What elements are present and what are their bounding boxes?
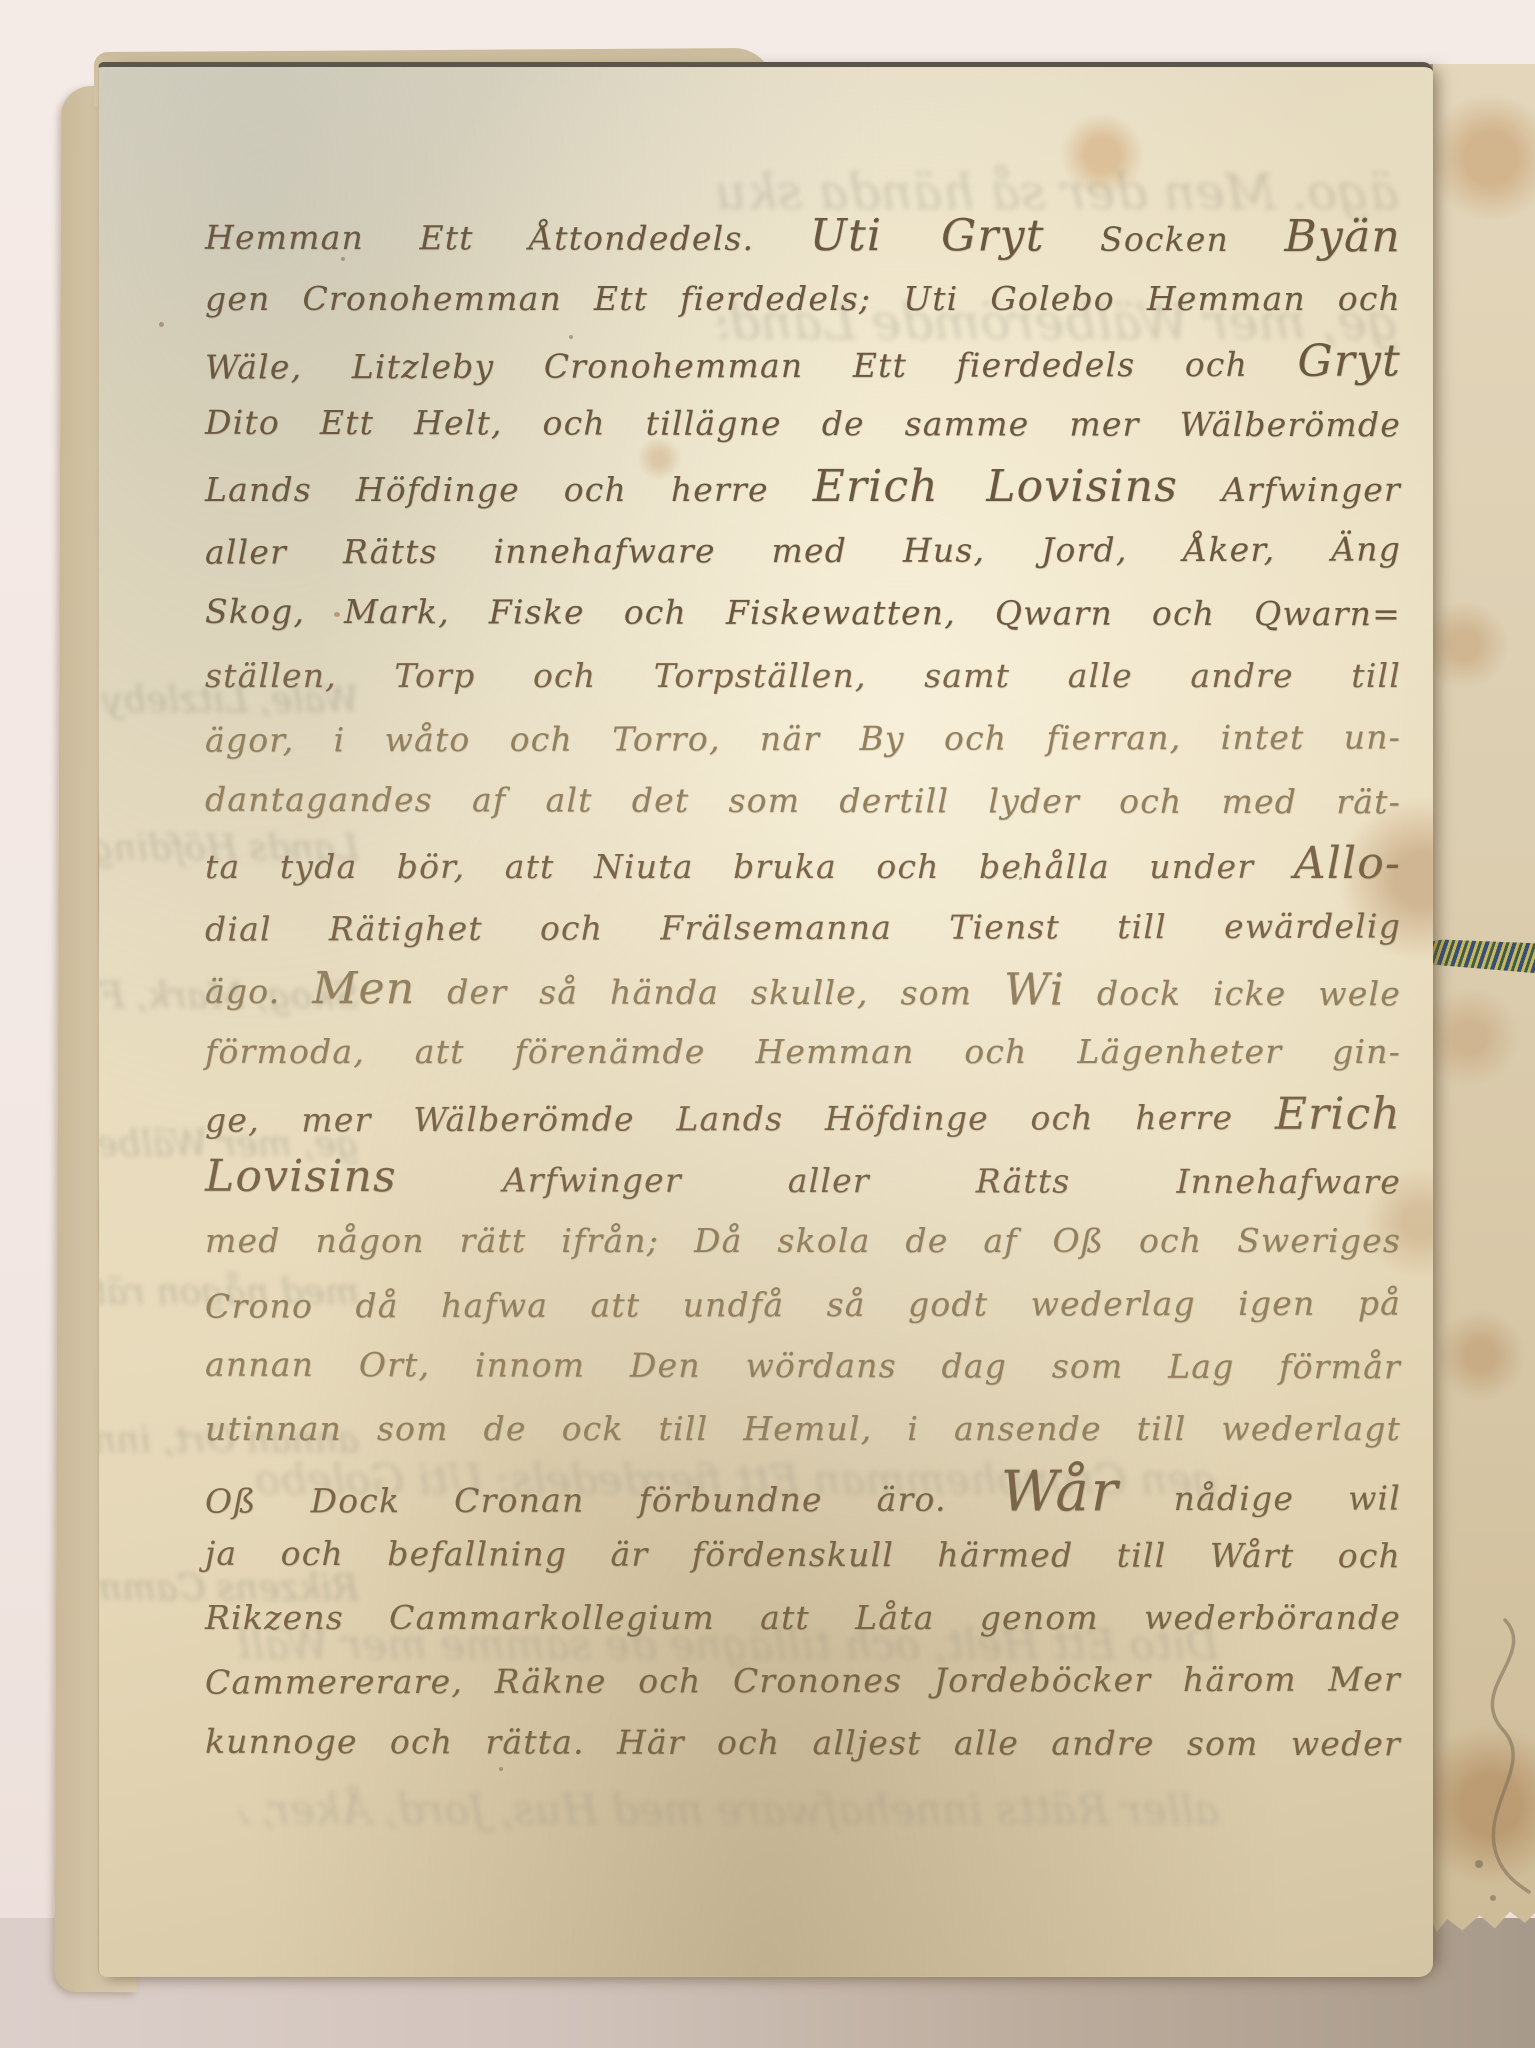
text-segment: med någon rätt ifrån; Då skola de af Oß … bbox=[205, 1221, 1401, 1260]
text-segment: Arfwinger bbox=[1178, 470, 1401, 509]
text-segment: Rikzens Cammarkollegium att Låta genom w… bbox=[205, 1598, 1401, 1637]
text-segment: dial Rätighet och Frälsemanna Tienst til… bbox=[205, 906, 1401, 948]
text-segment: Arfwinger aller Rätts Innehafware bbox=[397, 1160, 1401, 1201]
text-segment: Skog, Mark, Fiske och Fiskewatten, Qwarn… bbox=[205, 592, 1401, 634]
text-segment: förmoda, att förenämde Hemman och Lägenh… bbox=[205, 1032, 1401, 1071]
text-line: Lovisins Arfwinger aller Rätts Innehafwa… bbox=[205, 1146, 1401, 1211]
manuscript-text: Hemman Ett Åttondedels. Uti Gryt Socken … bbox=[205, 205, 1401, 1775]
text-line: ägor, i wåto och Torro, när By och fierr… bbox=[205, 707, 1401, 773]
text-segment: Lands Höfdinge och herre bbox=[205, 470, 813, 509]
text-line: med någon rätt ifrån; Då skola de af Oß … bbox=[205, 1210, 1401, 1273]
text-line: ja och befallning är fördenskull härmed … bbox=[205, 1522, 1401, 1587]
text-line: aller Rätts innehafware med Hus, Jord, Å… bbox=[205, 518, 1401, 584]
text-segment: Wäle, Litzleby Cronohemman Ett fierdedel… bbox=[205, 344, 1298, 386]
text-line: dial Rätighet och Frälsemanna Tienst til… bbox=[205, 895, 1401, 961]
text-segment: Socken bbox=[1045, 220, 1285, 260]
text-line: Hemman Ett Åttondedels. Uti Gryt Socken … bbox=[205, 204, 1401, 269]
text-segment: Dito Ett Helt, och tillägne de samme mer… bbox=[205, 403, 1401, 445]
text-line: ägo. Men der så hända skulle, som Wi doc… bbox=[205, 957, 1401, 1022]
text-line: förmoda, att förenämde Hemman och Lägenh… bbox=[205, 1021, 1401, 1084]
text-segment: Cammererare, Räkne och Cronones Jordeböc… bbox=[205, 1660, 1401, 1702]
text-segment: dantagandes af alt det som dertill lyder… bbox=[205, 780, 1401, 822]
scan-background: Wäle, Litzleby Cronohemman Ett fierdedel… bbox=[0, 0, 1535, 2048]
text-segment: kunnoge och rätta. Här och alljest alle … bbox=[205, 1722, 1401, 1764]
text-segment: Allo- bbox=[1294, 838, 1401, 889]
text-segment: ta tyda bör, att Niuta bruka och behålla… bbox=[205, 847, 1294, 886]
text-line: ställen, Torp och Torpställen, samt alle… bbox=[205, 645, 1401, 708]
text-segment: Oß Dock Cronan förbundne äro. bbox=[205, 1479, 1001, 1520]
text-line: Lands Höfdinge och herre Erich Lovisins … bbox=[205, 456, 1401, 519]
text-segment: Erich bbox=[1275, 1089, 1401, 1140]
text-segment: ge, mer Wälberömde Lands Höfdinge och he… bbox=[205, 1098, 1275, 1140]
text-line: annan Ort, innom Den wördans dag som Lag… bbox=[205, 1334, 1401, 1399]
text-segment: Lovisins bbox=[205, 1151, 397, 1202]
text-segment: Erich Lovisins bbox=[813, 461, 1178, 512]
text-line: Dito Ett Helt, och tillägne de samme mer… bbox=[205, 392, 1401, 457]
text-segment: der så hända skulle, som bbox=[415, 972, 1004, 1012]
text-segment: Gryt bbox=[1297, 335, 1401, 386]
text-segment: Uti Gryt bbox=[810, 210, 1045, 261]
text-segment: ställen, Torp och Torpställen, samt alle… bbox=[205, 656, 1401, 695]
text-line: ta tyda bör, att Niuta bruka och behålla… bbox=[205, 833, 1401, 896]
text-segment: ja och befallning är fördenskull härmed … bbox=[205, 1533, 1401, 1575]
text-segment: Men bbox=[312, 963, 415, 1014]
text-segment: gen Cronohemman Ett fierdedels; Uti Gole… bbox=[205, 279, 1401, 318]
ink-flourish bbox=[1459, 1612, 1535, 1912]
next-page-edge bbox=[1430, 64, 1535, 1936]
text-segment: annan Ort, innom Den wördans dag som Lag… bbox=[205, 1345, 1401, 1387]
text-line: Rikzens Cammarkollegium att Låta genom w… bbox=[205, 1587, 1401, 1650]
text-segment: Byän bbox=[1284, 211, 1401, 262]
text-line: kunnoge och rätta. Här och alljest alle … bbox=[205, 1711, 1401, 1776]
text-segment: utinnan som de ock till Hemul, i ansende… bbox=[205, 1409, 1401, 1448]
manuscript-page: Wäle, Litzleby Cronohemman Ett fierdedel… bbox=[98, 62, 1433, 1977]
text-line: Wäle, Litzleby Cronohemman Ett fierdedel… bbox=[205, 330, 1401, 396]
text-segment: nådige wil bbox=[1120, 1478, 1402, 1518]
text-segment: dock icke wele bbox=[1065, 973, 1401, 1013]
text-line: gen Cronohemman Ett fierdedels; Uti Gole… bbox=[205, 268, 1401, 331]
text-segment: Crono då hafwa att undfå så godt wederla… bbox=[205, 1283, 1401, 1325]
text-line: Oß Dock Cronan förbundne äro. Wår nådige… bbox=[205, 1460, 1401, 1526]
text-line: Crono då hafwa att undfå så godt wederla… bbox=[205, 1272, 1401, 1338]
text-segment: Wi bbox=[1004, 964, 1065, 1015]
text-segment: ägor, i wåto och Torro, när By och fierr… bbox=[205, 718, 1401, 760]
text-line: Cammererare, Räkne och Cronones Jordeböc… bbox=[205, 1649, 1401, 1715]
text-segment: ägo. bbox=[205, 971, 312, 1010]
text-line: dantagandes af alt det som dertill lyder… bbox=[205, 769, 1401, 834]
text-line: Skog, Mark, Fiske och Fiskewatten, Qwarn… bbox=[205, 581, 1401, 646]
text-line: utinnan som de ock till Hemul, i ansende… bbox=[205, 1398, 1401, 1461]
text-segment: Hemman Ett Åttondedels. bbox=[205, 218, 810, 258]
paper-speck bbox=[159, 322, 164, 327]
text-segment: Wår bbox=[1001, 1459, 1120, 1524]
text-segment: aller Rätts innehafware med Hus, Jord, Å… bbox=[205, 529, 1401, 571]
text-line: ge, mer Wälberömde Lands Höfdinge och he… bbox=[205, 1084, 1401, 1150]
